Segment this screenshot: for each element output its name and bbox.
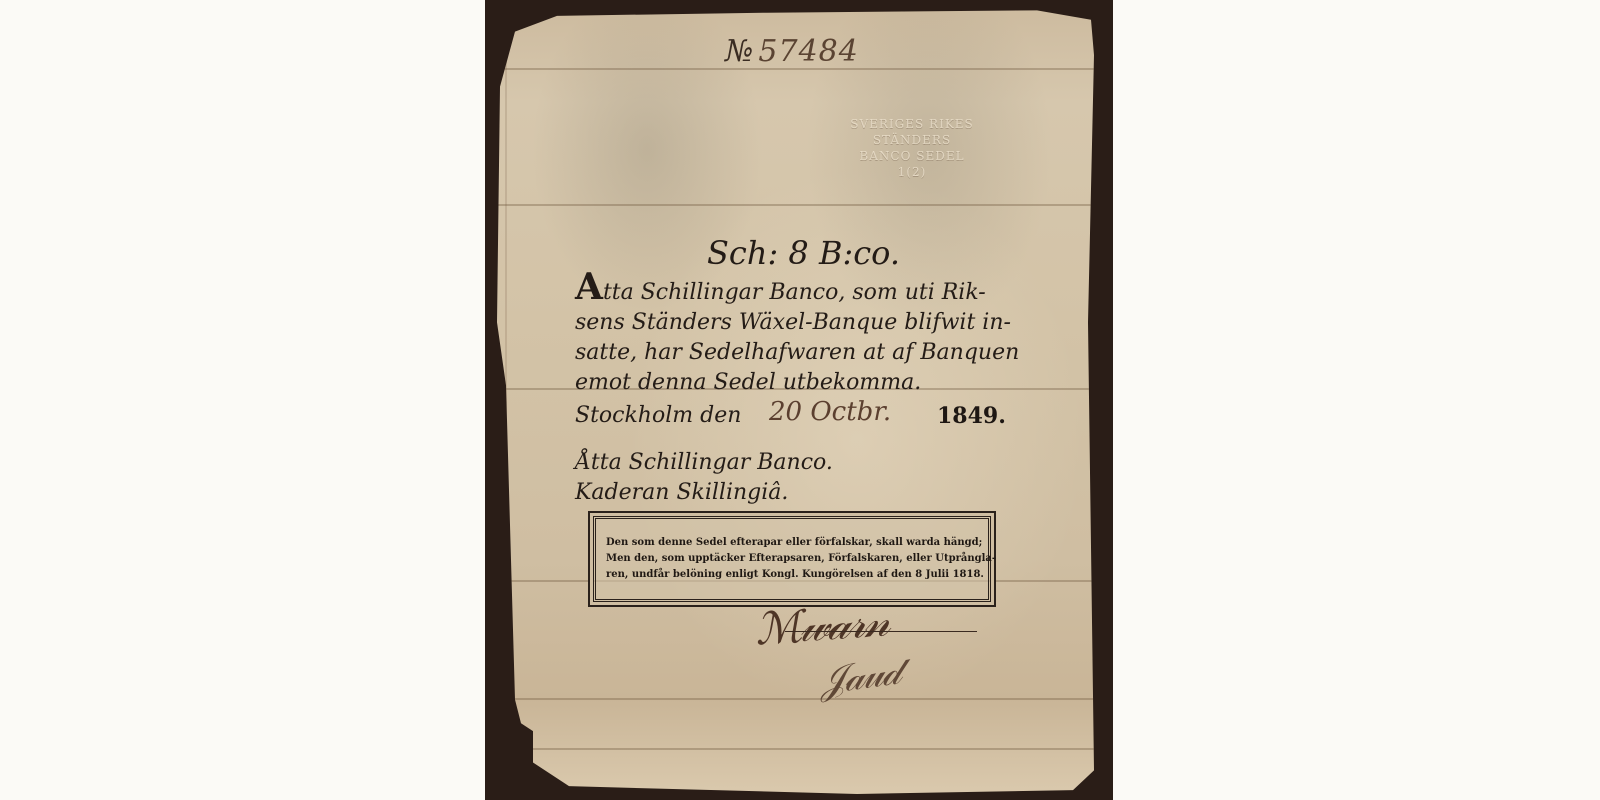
counterfeit-warning-box: Den som denne Sedel efterapar eller förf… (593, 516, 991, 602)
serial-value: 57484 (758, 34, 858, 69)
seal-line: BANCO SEDEL (822, 148, 1002, 164)
body-line: sens Ständers Wäxel-Banque blifwit in- (575, 308, 1015, 338)
date-place: Stockholm den (575, 403, 741, 428)
dropcap: A (575, 266, 603, 308)
value-line-finnish: Kaderan Skillingiâ. (575, 478, 833, 508)
seal-line: STÄNDERS (822, 132, 1002, 148)
signature-2: 𝒥𝒶𝓊𝒹 (816, 649, 901, 705)
fold-line (505, 8, 507, 794)
signature-1: ℳ𝓌𝒶𝓇𝓃 (753, 595, 888, 655)
embossed-seal: SVERIGES RIKES STÄNDERS BANCO SEDEL 1(2) (822, 116, 1002, 180)
warning-text: Den som denne Sedel efterapar eller förf… (606, 535, 980, 583)
serial-prefix: № (725, 34, 754, 69)
value-lines: Åtta Schillingar Banco. Kaderan Skilling… (575, 448, 833, 508)
body-text: Atta Schillingar Banco, som uti Rik- sen… (575, 272, 1015, 398)
date-line: Stockholm den 20 Octbr. 1849. (575, 403, 1015, 428)
warning-line: ren, undfår belöning enligt Kongl. Kungö… (606, 567, 980, 583)
body-line: Atta Schillingar Banco, som uti Rik- (575, 272, 1015, 308)
fold-line (497, 698, 1097, 700)
banknote: №57484 SVERIGES RIKES STÄNDERS BANCO SED… (497, 8, 1097, 794)
body-line: satte, har Sedelhafwaren at af Banquen (575, 338, 1015, 368)
year: 1849. (937, 403, 1006, 429)
serial-number: №57484 (725, 34, 859, 69)
banknote-photo: №57484 SVERIGES RIKES STÄNDERS BANCO SED… (485, 0, 1113, 800)
handwritten-date: 20 Octbr. (769, 397, 891, 427)
value-line-swedish: Åtta Schillingar Banco. (575, 448, 833, 478)
denomination-heading: Sch: 8 B:co. (707, 234, 900, 272)
warning-line: Den som denne Sedel efterapar eller förf… (606, 535, 980, 551)
fold-line (497, 748, 1097, 750)
seal-line: SVERIGES RIKES (822, 116, 1002, 132)
body-line: emot denna Sedel utbekomma. (575, 368, 1015, 398)
signature-strike-line (785, 631, 977, 632)
fold-line (497, 204, 1097, 206)
seal-line: 1(2) (822, 164, 1002, 180)
body-line-text: tta Schillingar Banco, som uti Rik- (603, 280, 986, 305)
warning-line: Men den, som upptäcker Efterapsaren, För… (606, 551, 980, 567)
